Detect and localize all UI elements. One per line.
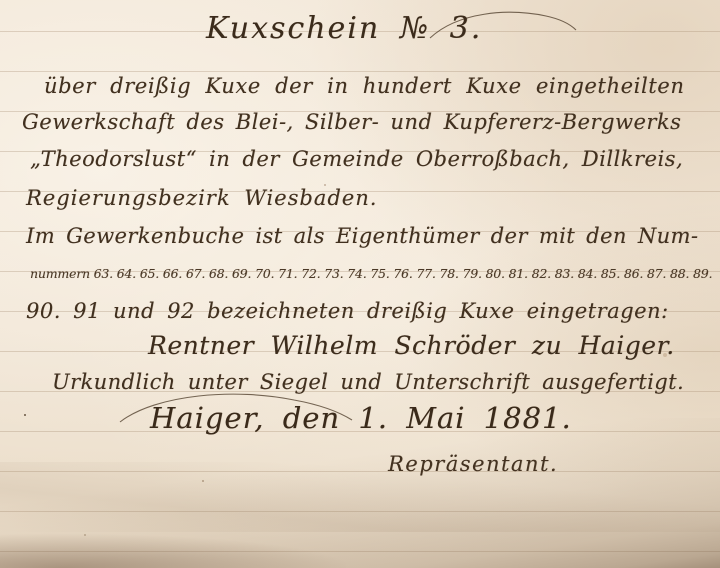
bottom-corner-shadow [0, 534, 346, 568]
document-line-2: Gewerkschaft des Blei-, Silber- und Kupf… [22, 110, 681, 134]
document-paper: Kuxschein № 3. über dreißig Kuxe der in … [0, 0, 720, 568]
document-line-owner: Rentner Wilhelm Schröder zu Haiger. [148, 332, 675, 361]
document-line-attestation: Urkundlich unter Siegel und Unterschrift… [52, 370, 684, 394]
document-line-1: über dreißig Kuxe der in hundert Kuxe ei… [44, 74, 684, 98]
document-line-3: „Theodorslust“ in der Gemeinde Oberroßba… [30, 147, 683, 171]
document-line-5: Im Gewerkenbuche ist als Eigenthümer der… [26, 224, 698, 248]
document-line-7: 90. 91 und 92 bezeichneten dreißig Kuxe … [26, 299, 669, 323]
document-title: Kuxschein № 3. [206, 12, 482, 47]
paper-specks [24, 414, 26, 416]
document-line-4: Regierungsbezirk Wiesbaden. [26, 186, 377, 210]
document-line-numbers: nummern 63. 64. 65. 66. 67. 68. 69. 70. … [30, 267, 712, 281]
